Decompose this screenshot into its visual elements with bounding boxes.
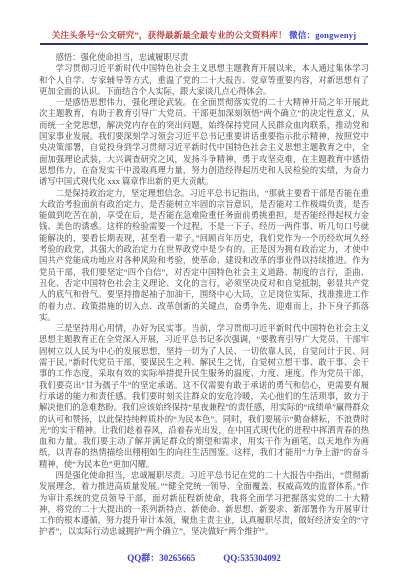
paragraph-intro: 学习贯彻习近平新时代中国特色社会主义思想主题教育开展以来，本人通过集体学习和个人… <box>39 63 369 97</box>
header-banner: 关注头条号“公文研究”，获得最新最全最专业的公文资料库！ 微信：gongweny… <box>0 25 408 45</box>
footer-contacts: QQ群：30265665QQ:535304092 <box>0 551 408 564</box>
document-page: 关注头条号“公文研究”，获得最新最全最专业的公文资料库！ 微信：gongweny… <box>0 0 408 580</box>
qq-group-number: QQ群：30265665 <box>127 553 195 563</box>
paragraph-point-3: 三是坚持用心用情，办好为民实事。当前，学习贯彻习近平新时代中国特色社会主义思想主… <box>39 323 369 470</box>
paragraph-point-2: 二是保持政治定力，坚定理想信念。习近平总书记指出，“那就主要看干部是否能在重大政… <box>39 188 369 324</box>
header-promo-text: 关注头条号“公文研究”，获得最新最全最专业的公文资料库！ <box>52 30 287 40</box>
qq-number: QQ:535304092 <box>223 553 281 563</box>
header-banner-text: 关注头条号“公文研究”，获得最新最全最专业的公文资料库！ 微信：gongweny… <box>40 29 369 45</box>
paragraph-point-4: 四是强化使命担当，忠诚履职尽责。习近平总书记在党的二十大报告中指出，“贯彻新发展… <box>39 470 369 538</box>
document-body: 感悟：强化使命担当，忠诚履职尽责 学习贯彻习近平新时代中国特色社会主义思想主题教… <box>39 52 369 538</box>
header-wechat-id: 微信：gongwenyj <box>289 30 356 40</box>
paragraph-point-1: 一是感悟思想伟力，强化理论武装。在全面贯彻落实党的二十大精神开局之年开展此次主题… <box>39 97 369 187</box>
document-title: 感悟：强化使命担当，忠诚履职尽责 <box>39 52 369 63</box>
